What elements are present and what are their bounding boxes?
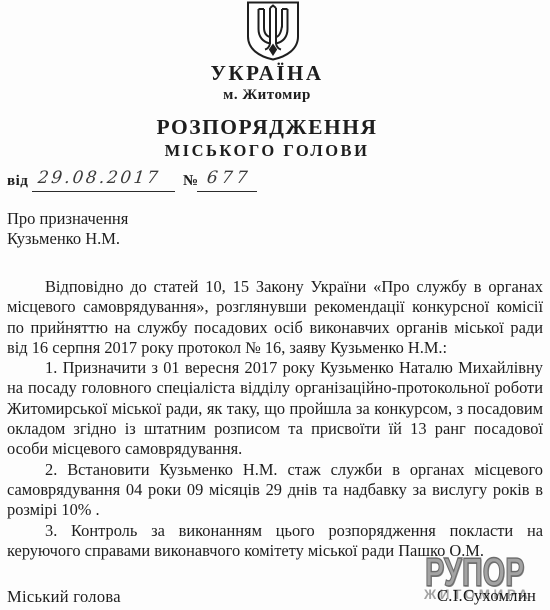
ukraine-trident-emblem-icon [245, 1, 301, 61]
subject-line-1: Про призначення [7, 209, 128, 229]
document-title: РОЗПОРЯДЖЕННЯ [0, 115, 534, 140]
paragraph-preamble: Відповідно до статей 10, 15 Закону Украї… [7, 277, 543, 358]
paragraph-item-1: 1. Призначити з 01 вересня 2017 року Куз… [7, 358, 543, 459]
date-blank-line: 29.08.2017 [32, 167, 175, 192]
signer-name: С.І.Сухомлин [437, 586, 536, 606]
document-subtitle: МІСЬКОГО ГОЛОВИ [0, 141, 534, 161]
paragraph-item-2: 2. Встановити Кузьменко Н.М. стаж служби… [7, 460, 543, 521]
number-blank-line: 677 [197, 167, 257, 192]
city-name: м. Житомир [0, 87, 534, 104]
document-body: Відповідно до статей 10, 15 Закону Украї… [7, 277, 543, 561]
date-label: від [7, 173, 28, 190]
signer-position: Міський голова [7, 587, 121, 607]
country-name: УКРАЇНА [0, 61, 534, 86]
subject-line-2: Кузьменко Н.М. [7, 229, 128, 249]
handwritten-number: 677 [196, 167, 253, 188]
document-scan: УКРАЇНА м. Житомир РОЗПОРЯДЖЕННЯ МІСЬКОГ… [0, 0, 550, 610]
subject-block: Про призначення Кузьменко Н.М. [7, 209, 128, 249]
handwritten-date: 29.08.2017 [31, 167, 162, 188]
